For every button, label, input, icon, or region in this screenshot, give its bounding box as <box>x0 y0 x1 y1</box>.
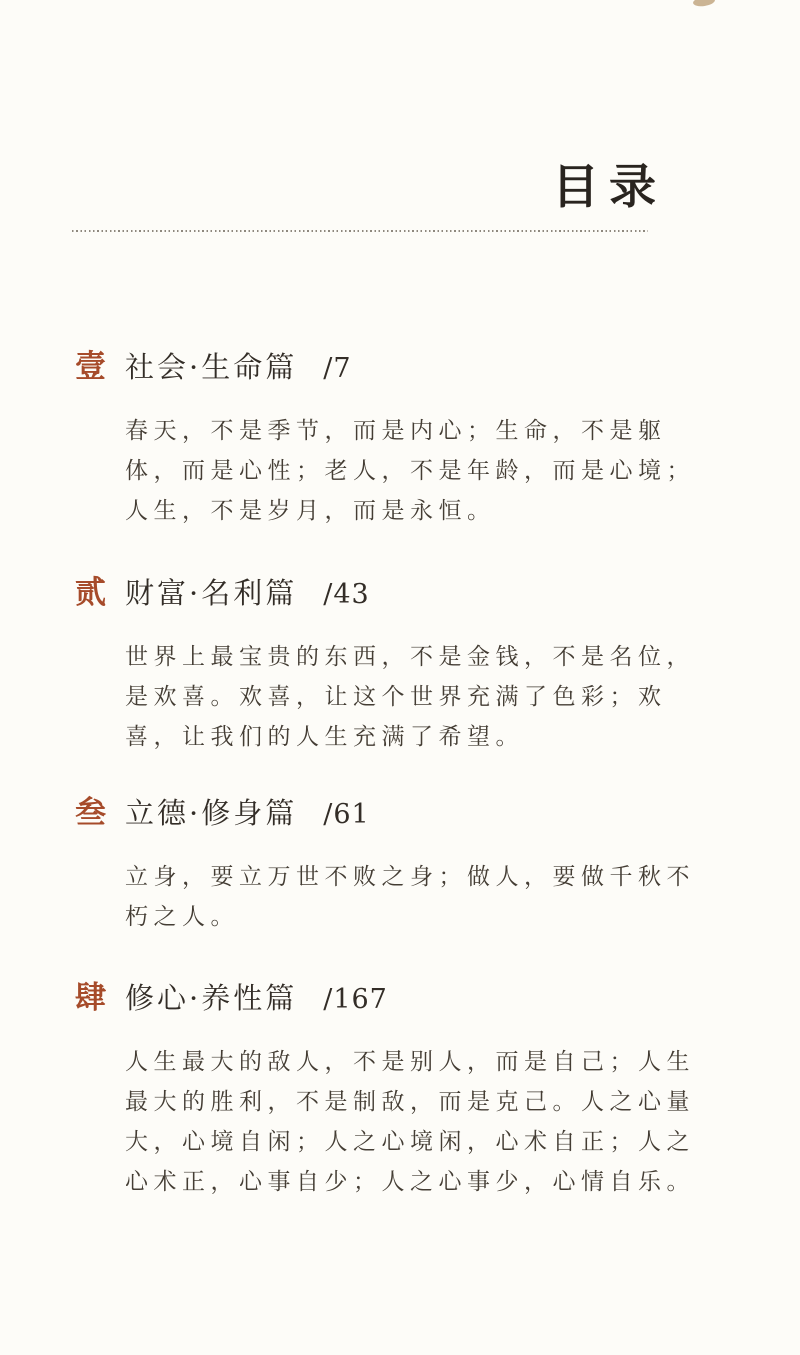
section-heading: 贰 财富·名利篇 /43 <box>75 576 685 612</box>
description-line: 朽之人。 <box>125 897 685 937</box>
section-title: 立德·修身篇 <box>125 796 297 830</box>
title-divider-rule <box>72 230 648 232</box>
scan-smudge-artifact <box>692 0 715 7</box>
section-page-number: /43 <box>323 578 369 612</box>
section-description: 春天，不是季节，而是内心；生命，不是躯 体，而是心性；老人，不是年龄，而是心境；… <box>125 411 685 531</box>
section-title: 财富·名利篇 <box>125 576 297 610</box>
section-title: 修心·养性篇 <box>125 981 297 1015</box>
section-page-number: /7 <box>323 352 351 386</box>
section-heading: 肆 修心·养性篇 /167 <box>75 981 685 1017</box>
description-line: 人生，不是岁月，而是永恒。 <box>125 491 685 531</box>
section-numeral: 贰 <box>75 576 125 610</box>
toc-section-2: 贰 财富·名利篇 /43 世界上最宝贵的东西，不是金钱，不是名位， 是欢喜。欢喜… <box>75 576 685 757</box>
page-title: 目录 <box>552 162 666 214</box>
section-numeral: 壹 <box>75 350 125 384</box>
section-numeral: 叁 <box>75 796 125 830</box>
toc-section-3: 叁 立德·修身篇 /61 立身，要立万世不败之身；做人，要做千秋不 朽之人。 <box>75 796 685 937</box>
toc-section-1: 壹 社会·生命篇 /7 春天，不是季节，而是内心；生命，不是躯 体，而是心性；老… <box>75 350 685 531</box>
section-numeral: 肆 <box>75 981 125 1015</box>
section-heading: 壹 社会·生命篇 /7 <box>75 350 685 386</box>
section-description: 世界上最宝贵的东西，不是金钱，不是名位， 是欢喜。欢喜，让这个世界充满了色彩；欢… <box>125 637 685 757</box>
toc-section-4: 肆 修心·养性篇 /167 人生最大的敌人，不是别人，而是自己；人生 最大的胜利… <box>75 981 685 1202</box>
description-line: 人生最大的敌人，不是别人，而是自己；人生 <box>125 1042 685 1082</box>
description-line: 世界上最宝贵的东西，不是金钱，不是名位， <box>125 637 685 677</box>
description-line: 是欢喜。欢喜，让这个世界充满了色彩；欢 <box>125 677 685 717</box>
section-page-number: /61 <box>323 798 369 832</box>
description-line: 最大的胜利，不是制敌，而是克己。人之心量 <box>125 1082 685 1122</box>
description-line: 喜，让我们的人生充满了希望。 <box>125 717 685 757</box>
section-description: 人生最大的敌人，不是别人，而是自己；人生 最大的胜利，不是制敌，而是克己。人之心… <box>125 1042 685 1202</box>
description-line: 体，而是心性；老人，不是年龄，而是心境； <box>125 451 685 491</box>
section-title: 社会·生命篇 <box>125 350 297 384</box>
description-line: 春天，不是季节，而是内心；生命，不是躯 <box>125 411 685 451</box>
section-description: 立身，要立万世不败之身；做人，要做千秋不 朽之人。 <box>125 857 685 937</box>
section-page-number: /167 <box>323 983 388 1017</box>
section-heading: 叁 立德·修身篇 /61 <box>75 796 685 832</box>
toc-page: 目录 壹 社会·生命篇 /7 春天，不是季节，而是内心；生命，不是躯 体，而是心… <box>0 0 800 1355</box>
description-line: 立身，要立万世不败之身；做人，要做千秋不 <box>125 857 685 897</box>
description-line: 大，心境自闲；人之心境闲，心术自正；人之 <box>125 1122 685 1162</box>
description-line: 心术正，心事自少；人之心事少，心情自乐。 <box>125 1162 685 1202</box>
